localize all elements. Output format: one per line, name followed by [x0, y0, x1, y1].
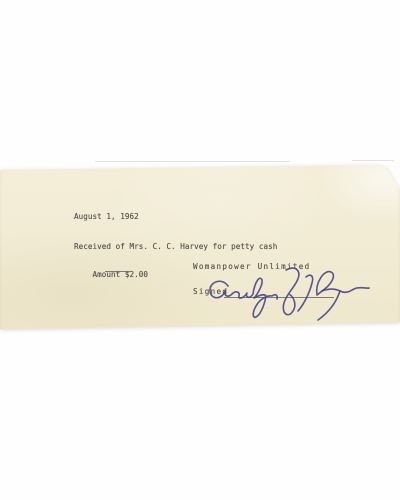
amount-underline: [105, 271, 130, 272]
handwritten-signature: Carolyn J. Shea: [198, 263, 376, 325]
scanned-receipt-image: August 1, 1962 Received of Mrs. C. C. Ha…: [0, 0, 400, 500]
received-line: Received of Mrs. C. C. Harvey for petty …: [74, 242, 277, 251]
amount-line: Amount $2.00: [74, 261, 148, 288]
date-line: August 1, 1962: [74, 212, 139, 221]
